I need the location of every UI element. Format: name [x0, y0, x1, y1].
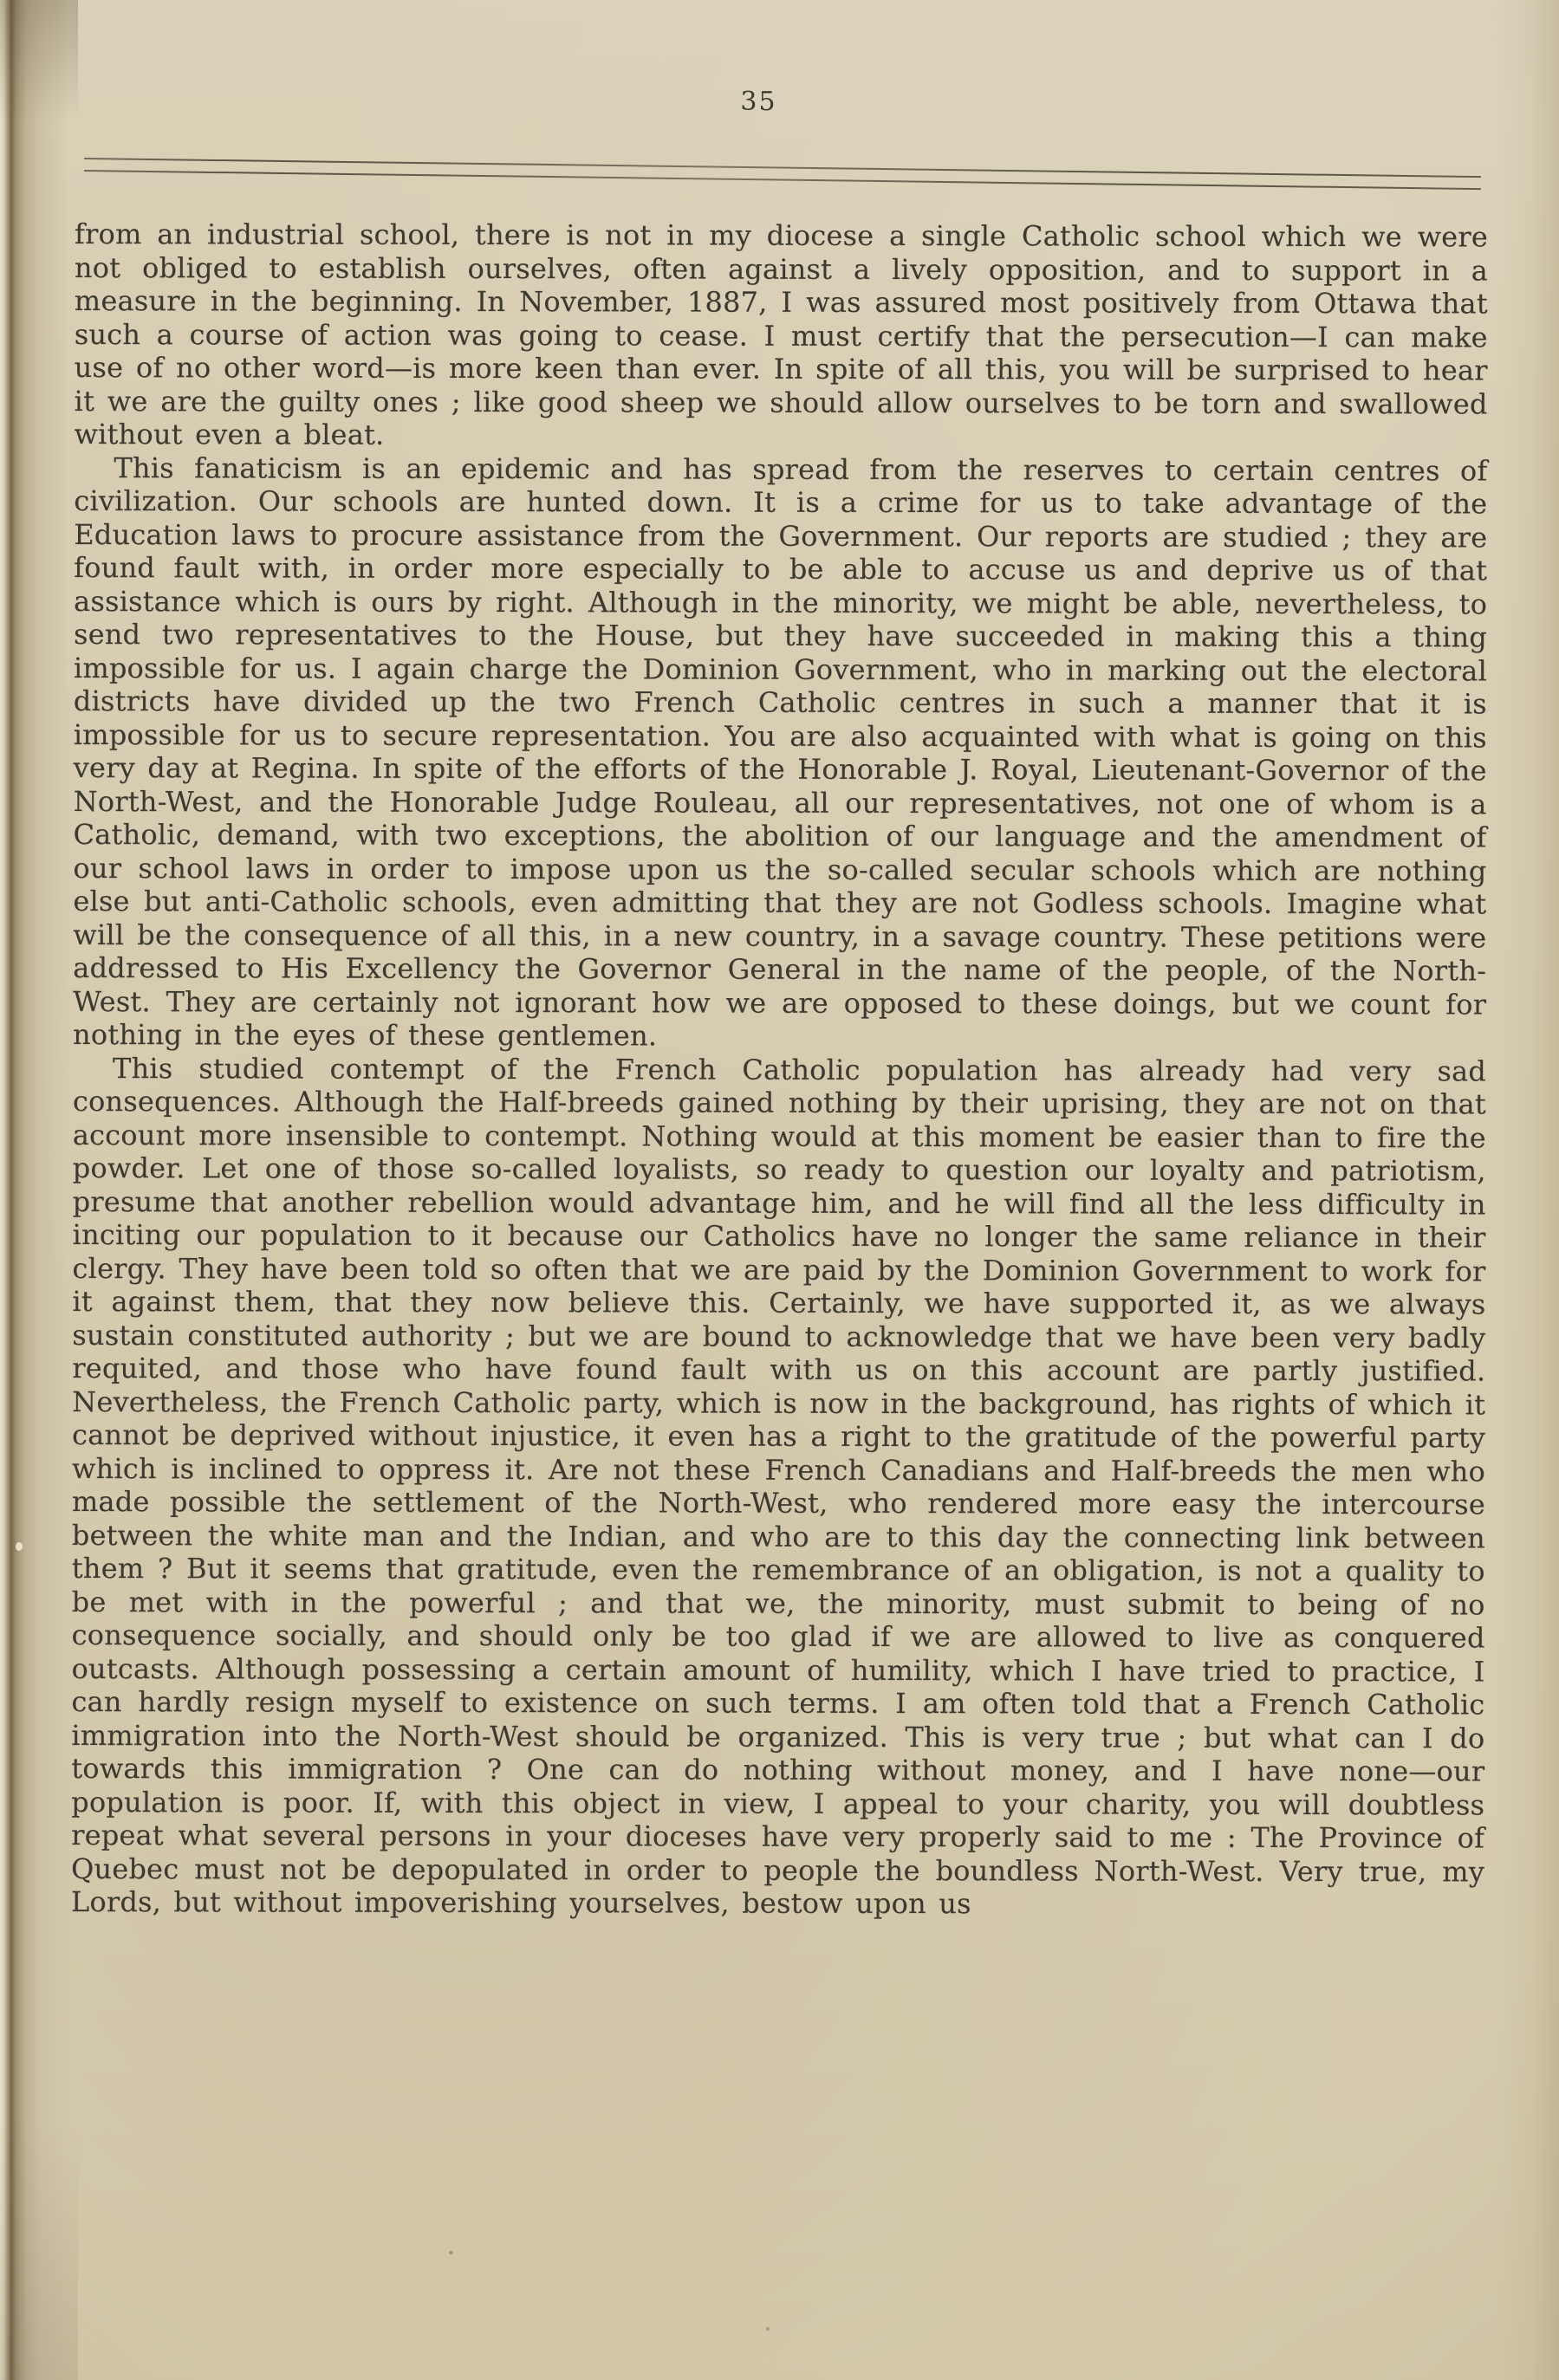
book-gutter-edge [0, 0, 78, 2380]
paper-speck [449, 2251, 453, 2254]
paper-speck [766, 2327, 770, 2331]
page-right-edge-shadow [1497, 0, 1559, 2380]
text-block: from an industrial school, there is not … [71, 217, 1488, 1922]
double-rule [84, 158, 1481, 193]
paragraph: This studied contempt of the French Cath… [71, 1051, 1486, 1921]
page-number: 35 [0, 87, 1538, 117]
paragraph: from an industrial school, there is not … [74, 217, 1488, 454]
paragraph: This fanaticism is an epidemic and has s… [73, 451, 1487, 1054]
rule-line-top [84, 158, 1481, 178]
scanned-book-page: 35 from an industrial school, there is n… [0, 0, 1559, 2380]
